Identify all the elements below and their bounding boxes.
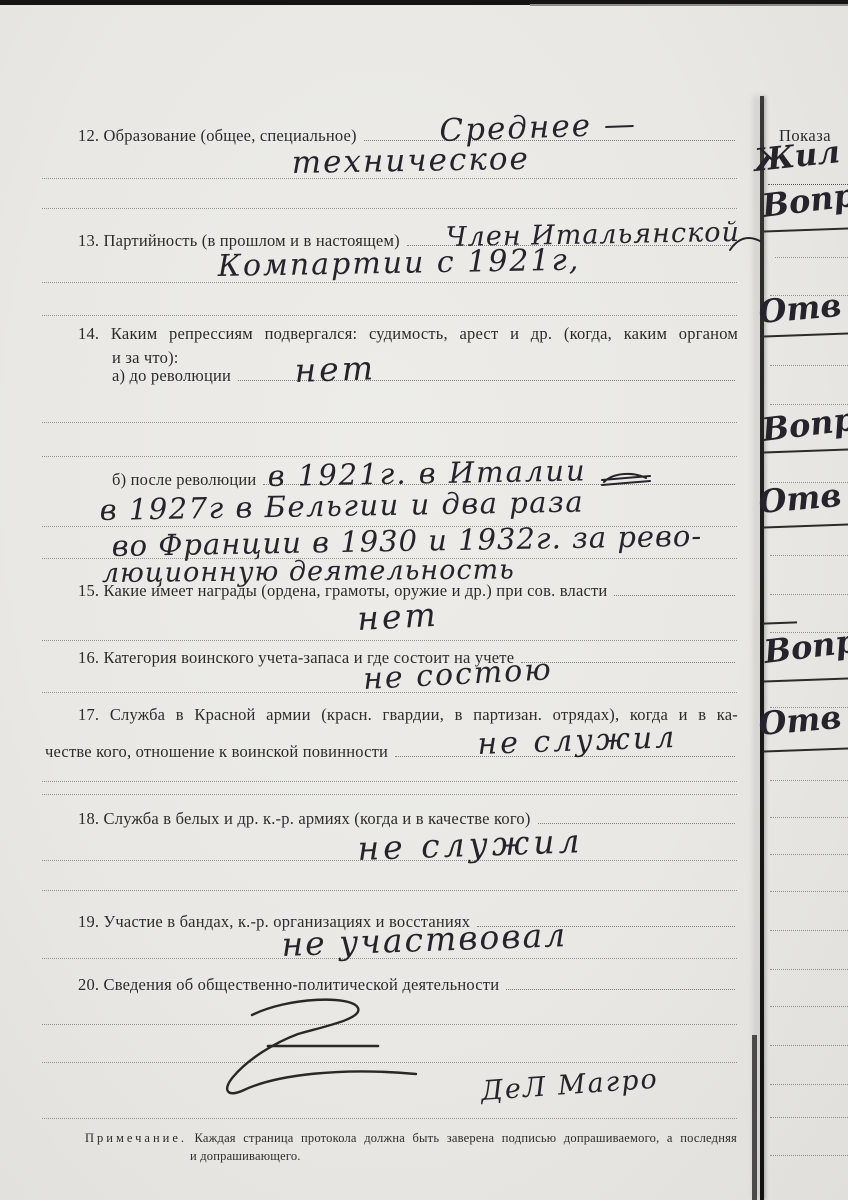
dotted-rule (42, 794, 737, 795)
answer-red-army-service: не служил (477, 723, 678, 760)
answer-rule (764, 524, 848, 529)
dotted-rule (42, 890, 737, 891)
dotted-leader (521, 662, 735, 663)
dotted-rule (770, 854, 848, 855)
second-page-fragment-4: Вопр (760, 403, 848, 446)
scanned-protocol-page: 12. Образование (общее, специальное) Сре… (0, 0, 848, 1200)
answer-education-line2: техническое (291, 144, 530, 179)
answer-rule (764, 449, 848, 454)
note-line2: и допрашивающего. (190, 1149, 301, 1164)
signature: ДеЛ Магро (480, 1066, 659, 1105)
dotted-leader (614, 595, 735, 596)
question-14a: а) до революции (112, 366, 737, 386)
dotted-rule (775, 257, 848, 258)
answer-before-revolution: нет (294, 351, 377, 387)
dotted-rule (770, 780, 848, 781)
question-14b-label: б) после революции (112, 470, 256, 490)
note-line1-text: Каждая страница протокола должна быть за… (195, 1131, 737, 1145)
dotted-rule (42, 640, 737, 641)
second-page-fragment-2: Вопр (760, 179, 848, 222)
dotted-rule (770, 1084, 848, 1085)
dotted-rule (42, 422, 737, 423)
dotted-rule (42, 781, 737, 782)
dotted-rule (42, 208, 737, 209)
strikethrough-scribble (600, 468, 652, 492)
answer-rule (764, 748, 848, 753)
question-14-line1: 14. Каким репрессиям подвергался: судимо… (78, 324, 738, 344)
question-14-line2-text: и за что): (112, 348, 179, 368)
question-14a-label: а) до революции (112, 366, 231, 386)
dotted-rule (770, 930, 848, 931)
answer-white-army-service: не служил (357, 824, 584, 865)
dotted-rule (42, 178, 737, 179)
dotted-rule (770, 1155, 848, 1156)
question-14-line2: и за что): (112, 348, 312, 368)
dotted-rule (42, 958, 737, 959)
dotted-rule (770, 1045, 848, 1046)
answer-party-line2: Компартии с 1921г, (217, 246, 580, 282)
dotted-rule (42, 315, 737, 316)
answer-rule (764, 228, 848, 233)
dotted-rule (770, 891, 848, 892)
dotted-rule (770, 365, 848, 366)
question-18: 18. Служба в белых и др. к.-р. армиях (к… (78, 809, 737, 829)
dotted-rule (770, 1006, 848, 1007)
second-page-fragment-3: Отв (757, 289, 842, 328)
second-page-fragment-5: Отв (757, 479, 842, 518)
answer-military-registration: не состою (362, 655, 553, 695)
question-15-text: 15. Какие имеет награды (ордена, грамоты… (78, 581, 607, 601)
answer-rule (763, 621, 797, 624)
question-20: 20. Сведения об общественно-политической… (78, 975, 737, 995)
note-label: Примечание. (85, 1131, 187, 1145)
dotted-rule (770, 594, 848, 595)
answer-awards: нет (356, 598, 439, 635)
answer-rule (764, 333, 848, 338)
dash-flourish (180, 995, 440, 1105)
question-17-line2-text: честве кого, отношение к воинской повинн… (45, 742, 388, 762)
question-20-text: 20. Сведения об общественно-политической… (78, 975, 499, 995)
dotted-rule (42, 860, 737, 861)
dotted-rule (770, 817, 848, 818)
dotted-rule (42, 692, 737, 693)
dotted-rule (42, 282, 737, 283)
dotted-rule (770, 1117, 848, 1118)
page-fold-edge-lower (752, 1035, 757, 1200)
dotted-leader (506, 989, 735, 990)
second-page-fragment-1: Жил (753, 137, 842, 177)
note-line1: Примечание. Каждая страница протокола до… (85, 1131, 737, 1146)
answer-bands-participation: не участвовал (281, 918, 568, 961)
stray-ink-stroke (728, 232, 762, 258)
dotted-rule (770, 555, 848, 556)
answer-rule (764, 678, 848, 683)
second-page-fragment-6: Вопр (762, 625, 848, 668)
answer-after-revolution-line2: в 1927г в Бельгии и два раза (99, 488, 584, 525)
question-12-text: 12. Образование (общее, специальное) (78, 126, 357, 146)
dotted-rule (770, 969, 848, 970)
scan-top-edge-thin (530, 4, 848, 6)
second-page-fragment-7: Отв (757, 701, 842, 740)
dotted-rule (42, 1118, 737, 1119)
